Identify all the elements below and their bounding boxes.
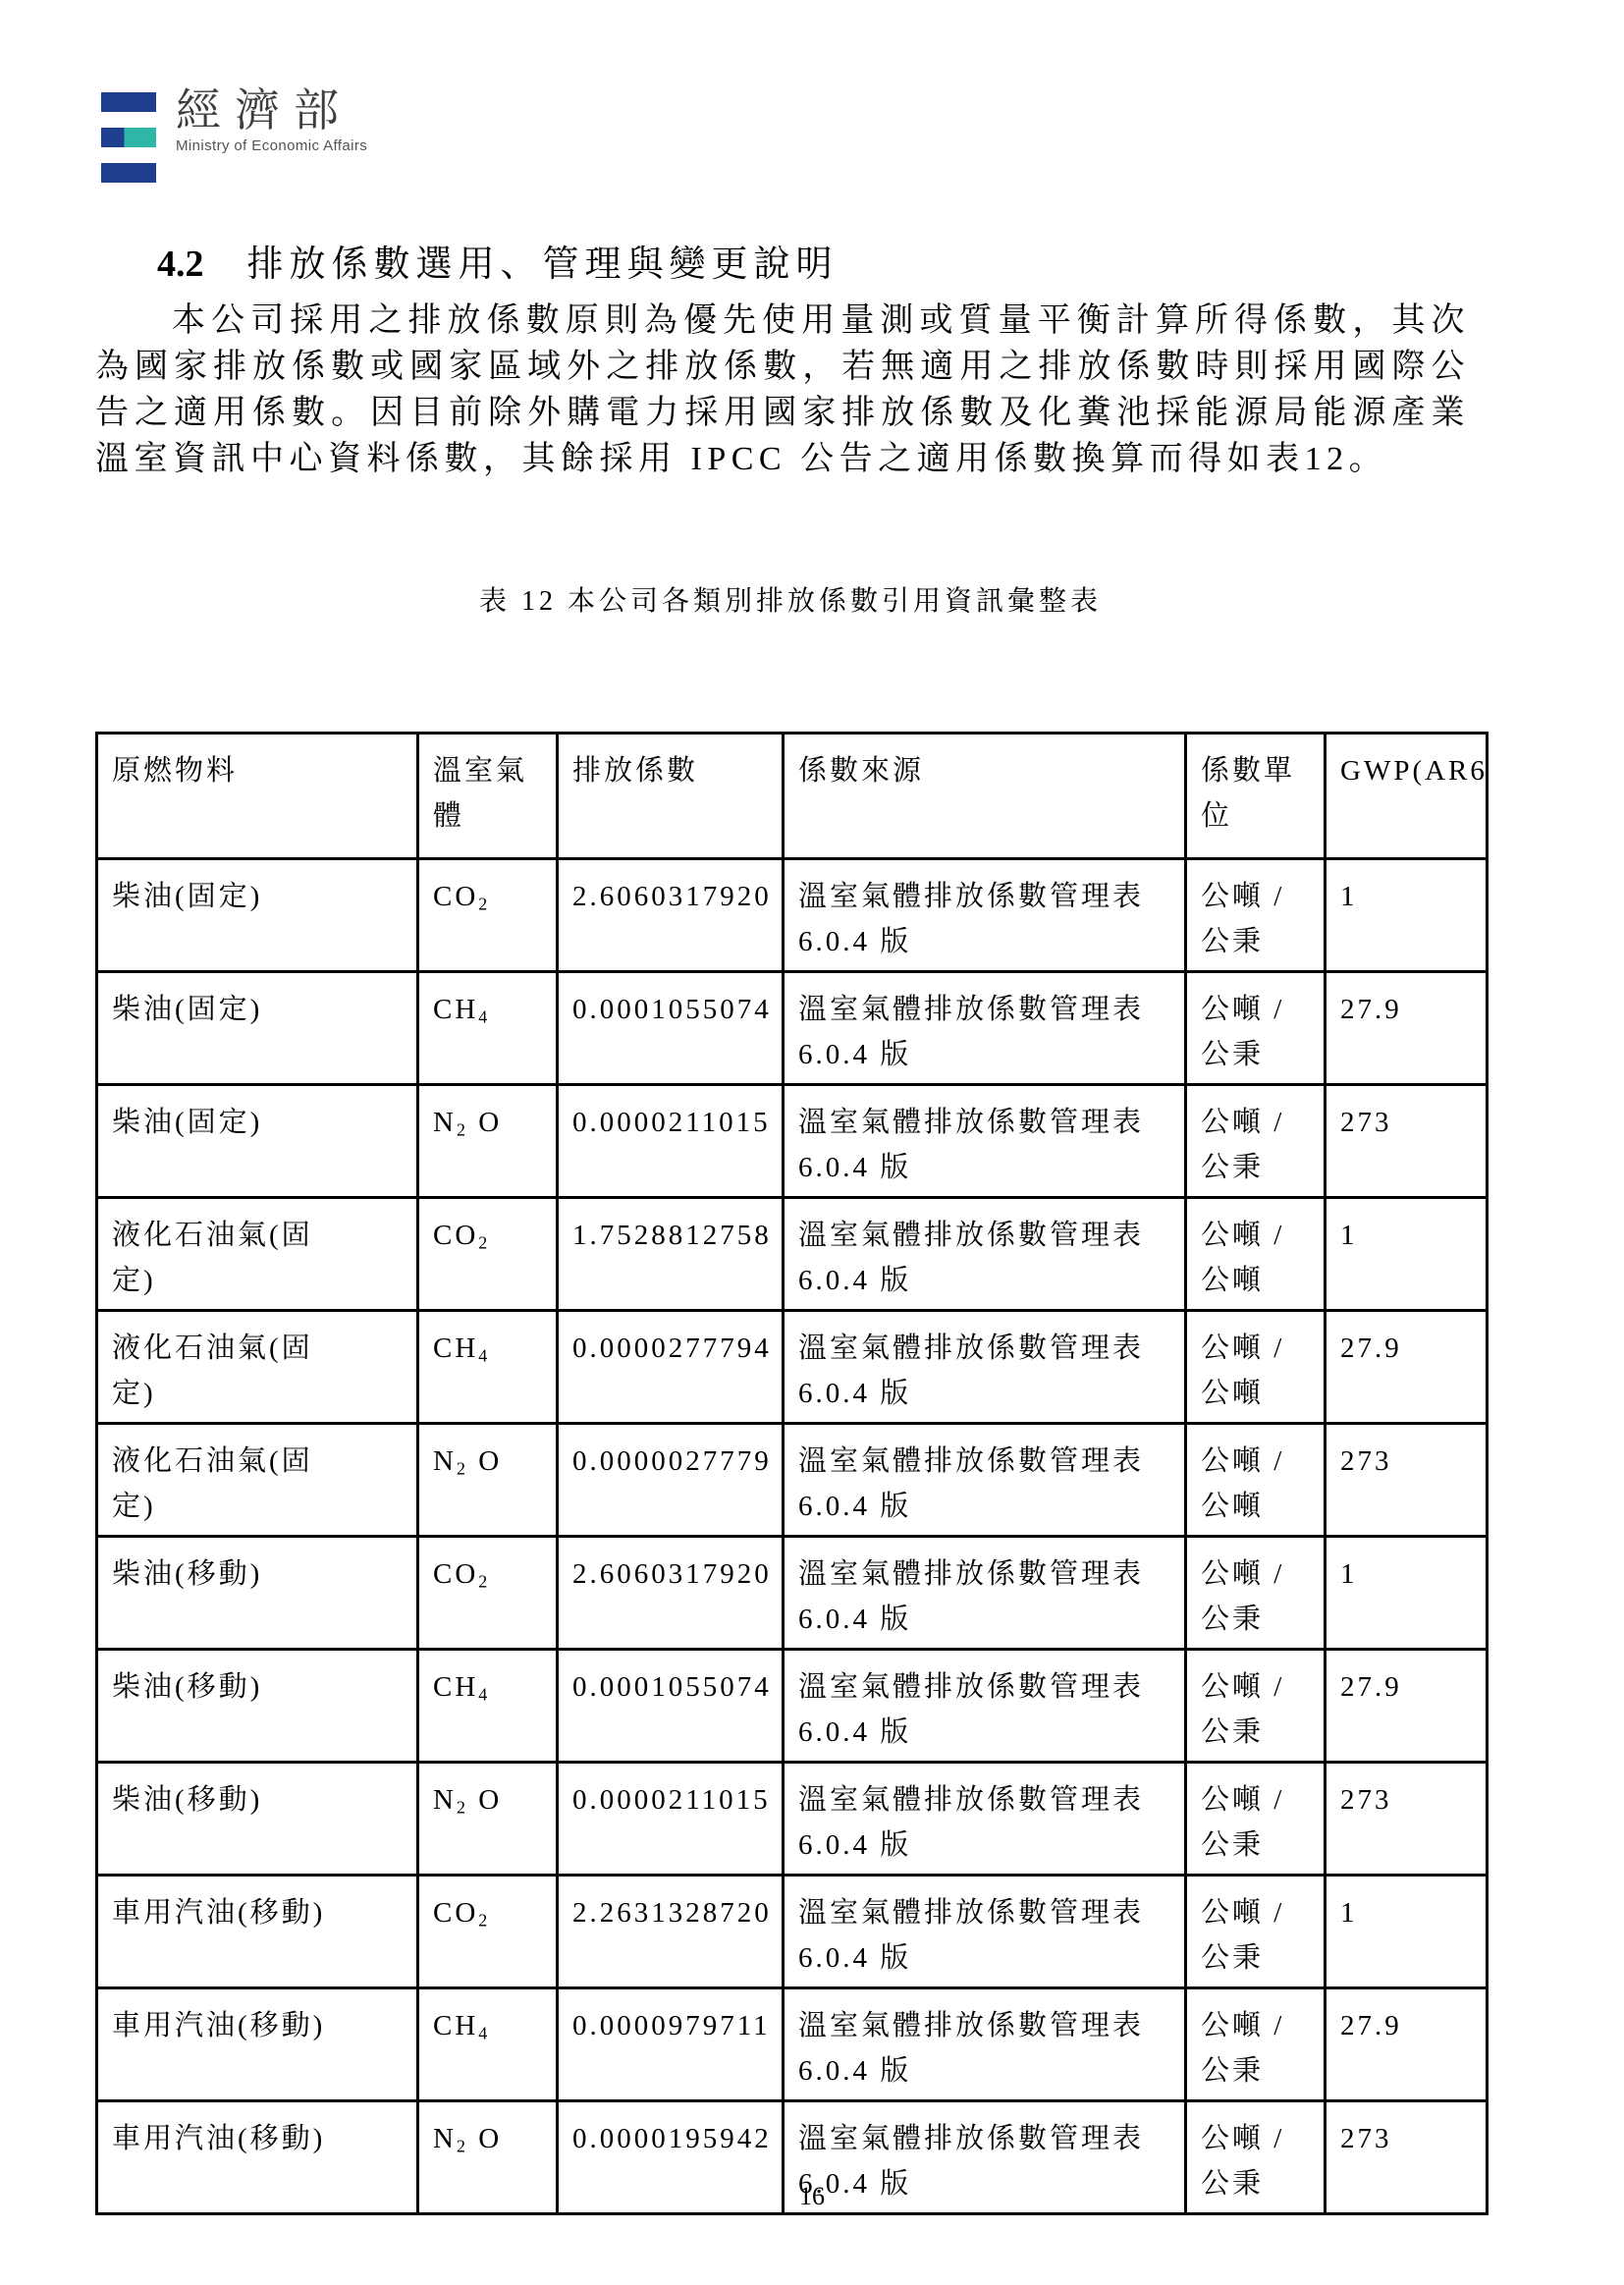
cell-gwp: 273	[1326, 1424, 1488, 1537]
cell-gas: CO2	[418, 1537, 558, 1650]
cell-factor: 0.0000211015	[558, 1085, 784, 1198]
gas-formula-subscript: 4	[478, 1684, 490, 1704]
cell-factor: 0.0001055074	[558, 1650, 784, 1763]
table-row: 柴油(固定) N2 O 0.0000211015 溫室氣體排放係數管理表 6.0…	[97, 1085, 1488, 1198]
cell-unit: 公噸 / 公秉	[1186, 1085, 1326, 1198]
cell-gas: CH4	[418, 972, 558, 1085]
cell-material: 柴油(移動)	[97, 1763, 418, 1876]
cell-factor: 0.0000211015	[558, 1763, 784, 1876]
body-paragraph: 本公司採用之排放係數原則為優先使用量測或質量平衡計算所得係數，其次為國家排放係數…	[95, 298, 1470, 482]
cell-material: 柴油(移動)	[97, 1650, 418, 1763]
cell-gwp: 1	[1326, 1876, 1488, 1988]
cell-gwp: 1	[1326, 1198, 1488, 1311]
cell-source: 溫室氣體排放係數管理表 6.0.4 版	[784, 972, 1186, 1085]
column-header-gas: 溫室氣 體	[418, 734, 558, 859]
cell-factor: 0.0001055074	[558, 972, 784, 1085]
cell-factor: 1.7528812758	[558, 1198, 784, 1311]
gas-formula-base: CH	[433, 1671, 478, 1703]
cell-source: 溫室氣體排放係數管理表 6.0.4 版	[784, 1311, 1186, 1424]
cell-material: 柴油(移動)	[97, 1537, 418, 1650]
gas-formula-subscript: 2	[478, 1232, 490, 1252]
cell-gwp: 273	[1326, 1763, 1488, 1876]
column-header-factor: 排放係數	[558, 734, 784, 859]
table-row: 車用汽油(移動) CH4 0.0000979711 溫室氣體排放係數管理表 6.…	[97, 1988, 1488, 2101]
logo-bar-bottom	[101, 163, 156, 183]
cell-unit: 公噸 / 公秉	[1186, 1876, 1326, 1988]
cell-gwp: 273	[1326, 1085, 1488, 1198]
logo-bar-top	[101, 92, 156, 112]
cell-source: 溫室氣體排放係數管理表 6.0.4 版	[784, 1537, 1186, 1650]
column-header-unit: 係數單 位	[1186, 734, 1326, 859]
section-title: 排放係數選用、管理與變更說明	[247, 245, 839, 285]
cell-unit: 公噸 / 公秉	[1186, 1988, 1326, 2101]
cell-material: 柴油(固定)	[97, 972, 418, 1085]
column-header-material: 原燃物料	[97, 734, 418, 859]
table-row: 柴油(固定) CH4 0.0001055074 溫室氣體排放係數管理表 6.0.…	[97, 972, 1488, 1085]
gas-formula-tail: O	[468, 1445, 502, 1477]
cell-unit: 公噸 / 公秉	[1186, 972, 1326, 1085]
gas-formula-tail: O	[468, 2123, 502, 2154]
cell-gas: CO2	[418, 1876, 558, 1988]
cell-gwp: 27.9	[1326, 1988, 1488, 2101]
cell-factor: 2.6060317920	[558, 859, 784, 972]
gas-formula-subscript: 2	[457, 1458, 468, 1478]
cell-gwp: 27.9	[1326, 1311, 1488, 1424]
cell-source: 溫室氣體排放係數管理表 6.0.4 版	[784, 1876, 1186, 1988]
cell-gwp: 27.9	[1326, 1650, 1488, 1763]
cell-material: 車用汽油(移動)	[97, 1988, 418, 2101]
cell-source: 溫室氣體排放係數管理表 6.0.4 版	[784, 1650, 1186, 1763]
cell-unit: 公噸 / 公秉	[1186, 1537, 1326, 1650]
section-number: 4.2	[157, 244, 204, 285]
cell-factor: 2.2631328720	[558, 1876, 784, 1988]
column-header-gwp: GWP(AR6)	[1326, 734, 1488, 859]
gas-formula-base: CH	[433, 2010, 478, 2041]
table-row: 車用汽油(移動) CO2 2.2631328720 溫室氣體排放係數管理表 6.…	[97, 1876, 1488, 1988]
cell-unit: 公噸 / 公秉	[1186, 1763, 1326, 1876]
logo-bar-middle	[101, 128, 156, 147]
cell-source: 溫室氣體排放係數管理表 6.0.4 版	[784, 1424, 1186, 1537]
cell-source: 溫室氣體排放係數管理表 6.0.4 版	[784, 859, 1186, 972]
cell-unit: 公噸 / 公秉	[1186, 1650, 1326, 1763]
table-caption: 表 12 本公司各類別排放係數引用資訊彙整表	[95, 579, 1486, 619]
gas-formula-base: CH	[433, 1333, 478, 1364]
cell-gas: CH4	[418, 1988, 558, 2101]
cell-unit: 公噸 / 公噸	[1186, 1424, 1326, 1537]
cell-unit: 公噸 / 公秉	[1186, 859, 1326, 972]
gas-formula-base: CO	[433, 1220, 478, 1251]
gas-formula-subscript: 2	[478, 1910, 490, 1930]
cell-unit: 公噸 / 公噸	[1186, 1198, 1326, 1311]
cell-gas: CO2	[418, 1198, 558, 1311]
cell-factor: 0.0000027779	[558, 1424, 784, 1537]
gas-formula-base: N	[433, 1445, 457, 1477]
gas-formula-base: N	[433, 2123, 457, 2154]
gas-formula-subscript: 4	[478, 1345, 490, 1365]
cell-gas: N2 O	[418, 1085, 558, 1198]
cell-gwp: 1	[1326, 1537, 1488, 1650]
section-heading: 4.2排放係數選用、管理與變更說明	[157, 234, 839, 287]
cell-material: 液化石油氣(固 定)	[97, 1311, 418, 1424]
gas-formula-base: N	[433, 1784, 457, 1816]
cell-factor: 2.6060317920	[558, 1537, 784, 1650]
table-row: 柴油(固定) CO2 2.6060317920 溫室氣體排放係數管理表 6.0.…	[97, 859, 1488, 972]
emission-table-body: 柴油(固定) CO2 2.6060317920 溫室氣體排放係數管理表 6.0.…	[97, 859, 1488, 2214]
moea-logo-icon	[101, 82, 156, 183]
table-row: 柴油(移動) N2 O 0.0000211015 溫室氣體排放係數管理表 6.0…	[97, 1763, 1488, 1876]
gas-formula-base: CO	[433, 1558, 478, 1590]
gas-formula-tail: O	[468, 1107, 502, 1138]
logo-subtitle: Ministry of Economic Affairs	[176, 137, 367, 154]
gas-formula-subscript: 2	[457, 2136, 468, 2155]
cell-material: 液化石油氣(固 定)	[97, 1198, 418, 1311]
gas-formula-tail: O	[468, 1784, 502, 1816]
cell-material: 柴油(固定)	[97, 859, 418, 972]
cell-gas: CH4	[418, 1650, 558, 1763]
table-row: 液化石油氣(固 定) CH4 0.0000277794 溫室氣體排放係數管理表 …	[97, 1311, 1488, 1424]
gas-formula-subscript: 2	[457, 1119, 468, 1139]
cell-gas: CH4	[418, 1311, 558, 1424]
cell-gwp: 1	[1326, 859, 1488, 972]
emission-factor-table: 原燃物料 溫室氣 體 排放係數 係數來源 係數單 位 GWP(AR6) 柴油(固…	[95, 732, 1489, 2215]
cell-source: 溫室氣體排放係數管理表 6.0.4 版	[784, 1988, 1186, 2101]
cell-factor: 0.0000979711	[558, 1988, 784, 2101]
cell-gas: N2 O	[418, 1424, 558, 1537]
cell-source: 溫室氣體排放係數管理表 6.0.4 版	[784, 1085, 1186, 1198]
cell-source: 溫室氣體排放係數管理表 6.0.4 版	[784, 1763, 1186, 1876]
gas-formula-base: CH	[433, 994, 478, 1025]
cell-factor: 0.0000277794	[558, 1311, 784, 1424]
cell-material: 液化石油氣(固 定)	[97, 1424, 418, 1537]
gas-formula-base: CO	[433, 1897, 478, 1929]
moea-logo: 經濟部 Ministry of Economic Affairs	[101, 82, 367, 183]
table-row: 柴油(移動) CO2 2.6060317920 溫室氣體排放係數管理表 6.0.…	[97, 1537, 1488, 1650]
gas-formula-base: N	[433, 1107, 457, 1138]
gas-formula-subscript: 2	[478, 1571, 490, 1591]
gas-formula-subscript: 2	[457, 1797, 468, 1817]
logo-title: 經濟部	[176, 84, 367, 136]
table-row: 液化石油氣(固 定) CO2 1.7528812758 溫室氣體排放係數管理表 …	[97, 1198, 1488, 1311]
cell-material: 車用汽油(移動)	[97, 1876, 418, 1988]
logo-text: 經濟部 Ministry of Economic Affairs	[176, 82, 367, 154]
cell-gas: CO2	[418, 859, 558, 972]
table-row: 液化石油氣(固 定) N2 O 0.0000027779 溫室氣體排放係數管理表…	[97, 1424, 1488, 1537]
gas-formula-subscript: 2	[478, 894, 490, 913]
table-row: 柴油(移動) CH4 0.0001055074 溫室氣體排放係數管理表 6.0.…	[97, 1650, 1488, 1763]
gas-formula-subscript: 4	[478, 2023, 490, 2042]
page-number: 16	[0, 2182, 1624, 2211]
table-header-row: 原燃物料 溫室氣 體 排放係數 係數來源 係數單 位 GWP(AR6)	[97, 734, 1488, 859]
cell-source: 溫室氣體排放係數管理表 6.0.4 版	[784, 1198, 1186, 1311]
gas-formula-base: CO	[433, 881, 478, 912]
cell-gas: N2 O	[418, 1763, 558, 1876]
column-header-source: 係數來源	[784, 734, 1186, 859]
cell-unit: 公噸 / 公噸	[1186, 1311, 1326, 1424]
cell-material: 柴油(固定)	[97, 1085, 418, 1198]
gas-formula-subscript: 4	[478, 1006, 490, 1026]
cell-gwp: 27.9	[1326, 972, 1488, 1085]
document-page: 經濟部 Ministry of Economic Affairs 4.2排放係數…	[0, 0, 1624, 2285]
